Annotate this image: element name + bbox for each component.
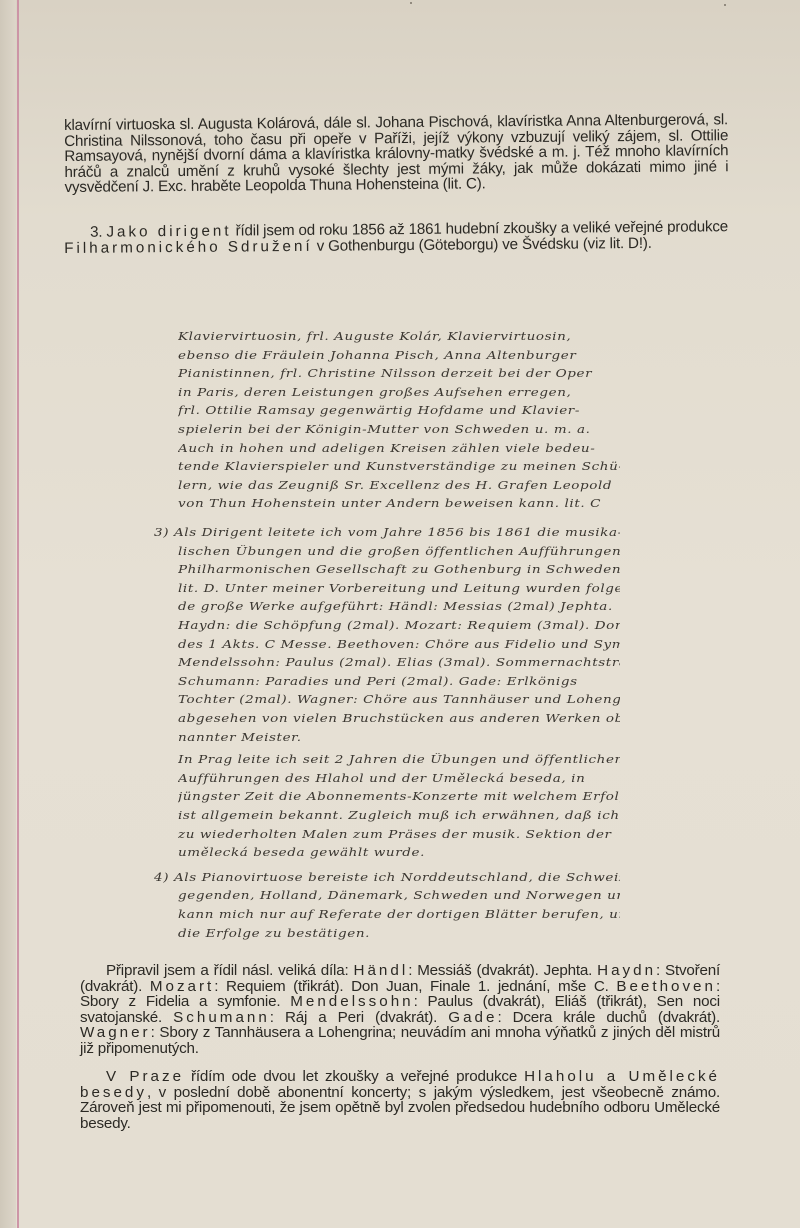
paragraph-works: Připravil jsem a řídil násl. veliká díla… — [80, 963, 720, 1057]
manuscript-line: Haydn: die Schöpfung (2mal). Mozart: Req… — [178, 619, 620, 633]
manuscript-line: abgesehen von vielen Bruchstücken aus an… — [178, 712, 620, 726]
composer-name: Beethoven — [616, 978, 716, 995]
manuscript-line: gegenden, Holland, Dänemark, Schweden un… — [178, 889, 620, 903]
manuscript-line: 3) Als Dirigent leitete ich vom Jahre 18… — [154, 526, 620, 540]
manuscript-line: Mendelssohn: Paulus (2mal). Elias (3mal)… — [178, 656, 620, 670]
composer-name: Gade — [448, 1009, 497, 1026]
manuscript-line: zu wiederholten Malen zum Präses der mus… — [178, 828, 620, 842]
paragraph-prague: V Praze řídím ode dvou let zkoušky a veř… — [80, 1069, 720, 1131]
paragraph-text-a: řídím ode dvou let zkoušky a veřejné pro… — [184, 1068, 524, 1085]
manuscript-line: jüngster Zeit die Abonnements-Konzerte m… — [178, 790, 620, 804]
composer-works: : Messiáš (dvakrát). Jephta. — [408, 962, 597, 979]
manuscript-line: 4) Als Pianovirtuose bereiste ich Nordde… — [154, 871, 620, 885]
prague-body: V Praze řídím ode dvou let zkoušky a veř… — [80, 1069, 720, 1131]
composer-works: : Sbory z Tannhäusera a Lohengrina; neuv… — [80, 1024, 720, 1057]
manuscript-line: In Prag leite ich seit 2 Jahren die Übun… — [178, 753, 620, 767]
manuscript-line: lit. D. Unter meiner Vorbereitung und Le… — [178, 582, 620, 596]
paragraph-text: klavírní virtuoska sl. Augusta Kolárová,… — [64, 112, 729, 196]
manuscript-line: nannter Meister. — [178, 731, 620, 745]
manuscript-line: ist allgemein bekannt. Zugleich muß ich … — [178, 809, 620, 823]
manuscript-line: lern, wie das Zeugniß Sr. Excellenz des … — [178, 479, 620, 493]
manuscript-line: die Erfolge zu bestätigen. — [178, 927, 620, 941]
spaced-lead: V Praze — [106, 1068, 184, 1085]
composer-name: Haydn — [597, 962, 656, 979]
manuscript-line: lischen Übungen und die großen öffentlic… — [178, 545, 620, 559]
composer-works: : Requiem (třikrát). Don Juan, Finale 1.… — [214, 978, 616, 995]
manuscript-line: umělecká beseda gewählt wurde. — [178, 846, 620, 860]
composer-name: Schumann — [173, 1009, 270, 1026]
spaced-org: Filharmonického Sdružení — [64, 237, 313, 256]
manuscript-line: Klaviervirtuosin, frl. Auguste Kolár, Kl… — [178, 330, 620, 344]
manuscript-line: Auch in hohen und adeligen Kreisen zähle… — [178, 442, 620, 456]
composer-name: Wagner — [80, 1024, 151, 1041]
composer-name: Mozart — [150, 978, 214, 995]
paragraph-text-b: v Gothenburgu (Göteborgu) ve Švédsku (vi… — [313, 234, 652, 254]
composer-works: : Ráj a Peri (dvakrát). — [270, 1009, 449, 1026]
works-body: Připravil jsem a řídil násl. veliká díla… — [80, 963, 720, 1057]
manuscript-line: frl. Ottilie Ramsay gegenwärtig Hofdame … — [178, 404, 620, 418]
manuscript-line: Pianistinnen, frl. Christine Nilsson der… — [178, 367, 620, 381]
manuscript-line: Aufführungen des Hlahol und der Umělecká… — [178, 772, 620, 786]
manuscript-line: tende Klavierspieler und Kunstverständig… — [178, 460, 620, 474]
paper-speck — [410, 2, 412, 4]
manuscript-line: Schumann: Paradies und Peri (2mal). Gade… — [178, 675, 620, 689]
composer-name: Mendelssohn — [290, 993, 413, 1010]
manuscript-line: Tochter (2mal). Wagner: Chöre aus Tannhä… — [178, 693, 620, 707]
paragraph-3-body: 3. Jako dirigent řídil jsem od roku 1856… — [64, 219, 728, 256]
manuscript-line: in Paris, deren Leistungen großes Aufseh… — [178, 386, 620, 400]
works-intro: Připravil jsem a řídil násl. veliká díla… — [106, 962, 354, 979]
manuscript-line: des 1 Akts. C Messe. Beethoven: Chöre au… — [178, 638, 620, 652]
manuscript-line: ebenso die Fräulein Johanna Pisch, Anna … — [178, 349, 620, 363]
manuscript-line: kann mich nur auf Referate der dortigen … — [178, 908, 620, 922]
composer-works: : Dcera krále duchů (dvakrát). — [497, 1009, 720, 1026]
paper-speck — [724, 4, 726, 6]
binding-margin-line — [17, 0, 19, 1228]
binding-shadow — [0, 0, 16, 1228]
manuscript-line: spielerin bei der Königin-Mutter von Sch… — [178, 423, 620, 437]
scanned-page: klavírní virtuoska sl. Augusta Kolárová,… — [0, 0, 800, 1228]
handwritten-facsimile: Klaviervirtuosin, frl. Auguste Kolár, Kl… — [150, 330, 620, 930]
manuscript-line: von Thun Hohenstein unter Andern beweise… — [178, 497, 620, 511]
manuscript-line: de große Werke aufgeführt: Händl: Messia… — [178, 600, 620, 614]
paragraph-number: 3. — [90, 224, 102, 241]
paragraph-conductor: 3. Jako dirigent řídil jsem od roku 1856… — [64, 219, 728, 256]
composer-name: Händl — [354, 962, 409, 979]
manuscript-line: Philharmonischen Gesellschaft zu Gothenb… — [178, 563, 620, 577]
paragraph-students: klavírní virtuoska sl. Augusta Kolárová,… — [64, 112, 729, 196]
paragraph-text-b: , v poslední době abonentní koncerty; s … — [80, 1084, 720, 1132]
